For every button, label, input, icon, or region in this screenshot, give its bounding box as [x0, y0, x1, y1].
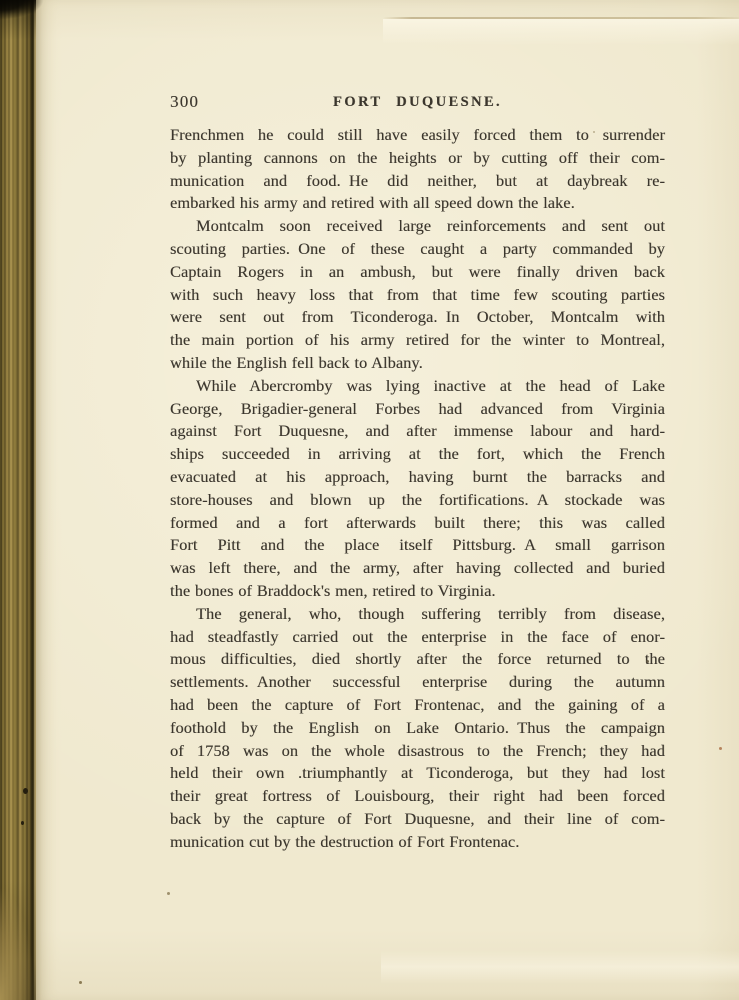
text-line: ships succeeded in arriving at the fort,…	[170, 443, 665, 466]
text-line: was left there, and the army, after havi…	[170, 557, 665, 580]
adjacent-page-highlight	[383, 19, 739, 45]
text-line: While Abercromby was lying inactive at t…	[170, 375, 665, 398]
paragraph: While Abercromby was lying inactive at t…	[170, 375, 665, 603]
text-line: store-houses and blown up the fortificat…	[170, 489, 665, 512]
text-line: The general, who, though suffering terri…	[170, 603, 665, 626]
paragraph: Frenchmen he could still have easily for…	[170, 124, 665, 215]
page-text-block: Frenchmen he could still have easily for…	[170, 124, 665, 854]
text-line: were sent out from Ticonderoga. In Octob…	[170, 306, 665, 329]
text-line: evacuated at his approach, having burnt …	[170, 466, 665, 489]
paragraph: Montcalm soon received large reinforceme…	[170, 215, 665, 375]
text-line: munication cut by the destruction of For…	[170, 831, 665, 854]
paper-sheen	[381, 950, 739, 984]
text-line: embarked his army and retired with all s…	[170, 192, 665, 215]
text-line: while the English fell back to Albany.	[170, 352, 665, 375]
text-line: the bones of Braddock's men, retired to …	[170, 580, 665, 603]
text-line: the main portion of his army retired for…	[170, 329, 665, 352]
binding-shadow-top-left	[0, 0, 72, 34]
text-line: by planting cannons on the heights or by…	[170, 147, 665, 170]
paper-speck	[593, 131, 595, 133]
book-page-paper: 300 FORT DUQUESNE. Frenchmen he could st…	[36, 0, 739, 1000]
paper-speck	[167, 892, 170, 895]
page-edge-gold-bottom-left	[0, 815, 58, 1000]
text-line: their great fortress of Louisbourg, thei…	[170, 785, 665, 808]
paper-speck	[646, 660, 649, 663]
text-line: held their own .triumphantly at Ticonder…	[170, 762, 665, 785]
text-line: of 1758 was on the whole disastrous to t…	[170, 740, 665, 763]
text-line: with such heavy loss that from that time…	[170, 284, 665, 307]
paper-speck	[79, 981, 82, 984]
paper-speck	[719, 747, 722, 750]
scanned-book-page: 300 FORT DUQUESNE. Frenchmen he could st…	[0, 0, 739, 1000]
fore-edge-fleck	[23, 788, 28, 794]
text-line: mous difficulties, died shortly after th…	[170, 648, 665, 671]
text-line: back by the capture of Fort Duquesne, an…	[170, 808, 665, 831]
running-header: 300 FORT DUQUESNE.	[170, 92, 665, 112]
text-line: had been the capture of Fort Frontenac, …	[170, 694, 665, 717]
text-line: Montcalm soon received large reinforceme…	[170, 215, 665, 238]
text-line: foothold by the English on Lake Ontario.…	[170, 717, 665, 740]
text-line: had steadfastly carried out the enterpri…	[170, 626, 665, 649]
running-title: FORT DUQUESNE.	[170, 92, 665, 111]
text-line: settlements. Another successful enterpri…	[170, 671, 665, 694]
paragraph: The general, who, though suffering terri…	[170, 603, 665, 854]
text-line: formed and a fort afterwards built there…	[170, 512, 665, 535]
text-line: against Fort Duquesne, and after immense…	[170, 420, 665, 443]
text-line: Frenchmen he could still have easily for…	[170, 124, 665, 147]
text-line: Fort Pitt and the place itself Pittsburg…	[170, 534, 665, 557]
text-line: scouting parties. One of these caught a …	[170, 238, 665, 261]
text-line: George, Brigadier-general Forbes had adv…	[170, 398, 665, 421]
page-number: 300	[170, 92, 199, 112]
text-line: munication and food. He did neither, but…	[170, 170, 665, 193]
text-line: Captain Rogers in an ambush, but were fi…	[170, 261, 665, 284]
